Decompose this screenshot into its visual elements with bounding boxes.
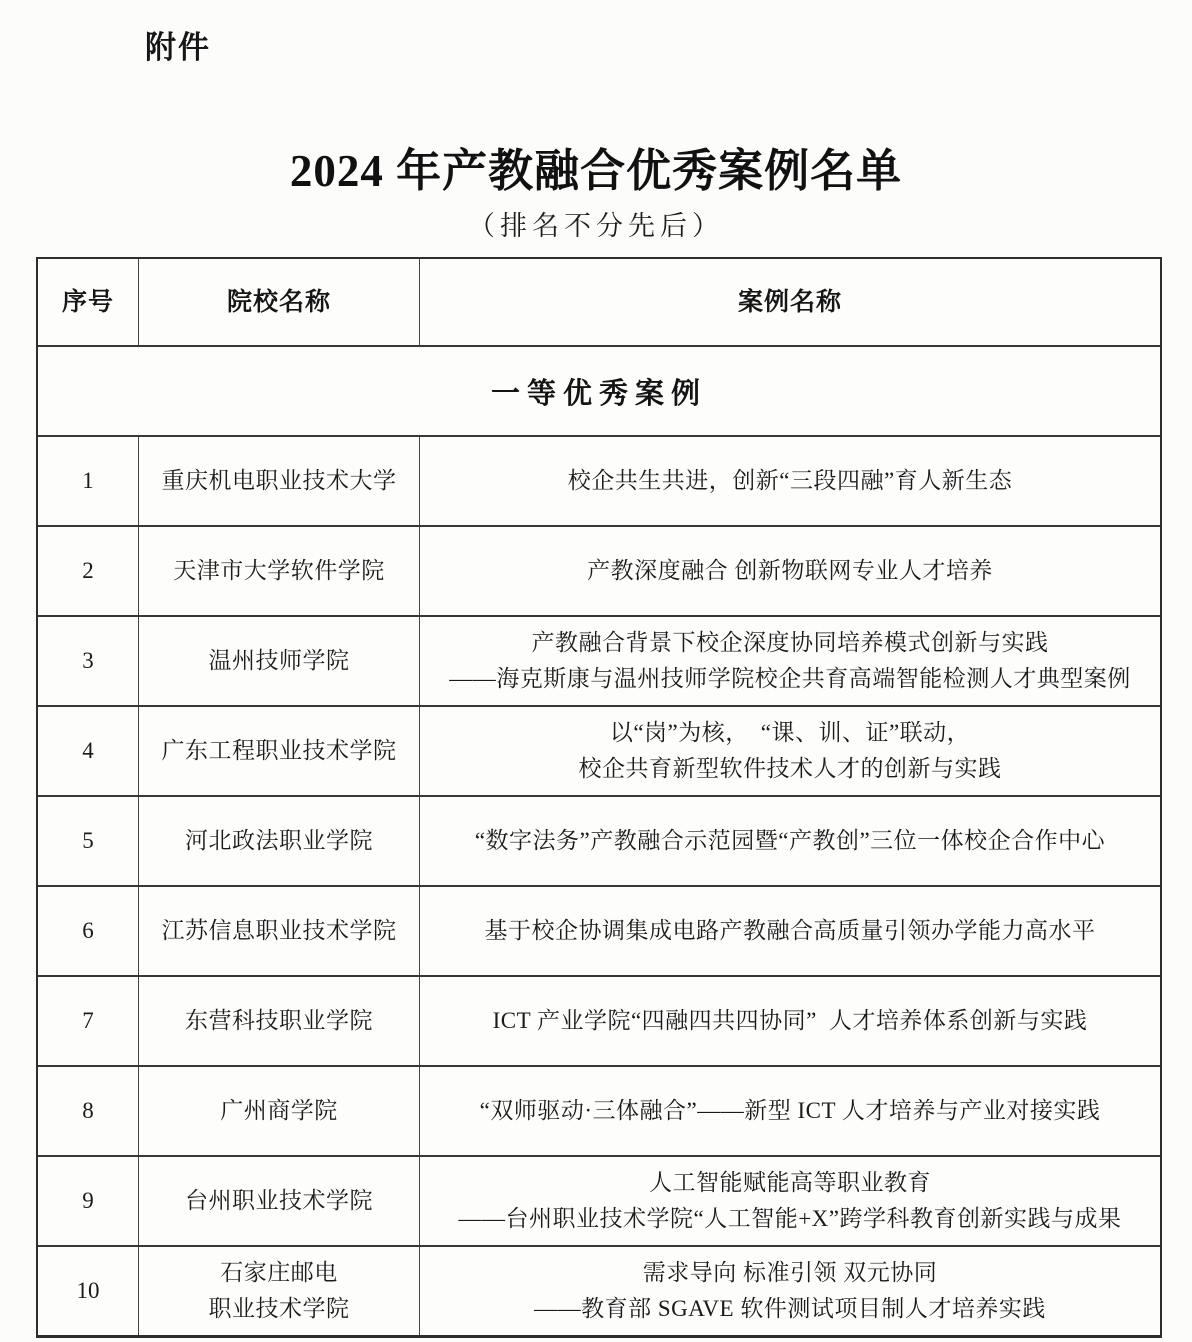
table-row: 7 东营科技职业学院 ICT 产业学院“四融四共四协同” 人才培养体系创新与实践 — [38, 977, 1160, 1067]
row-number-cell: 7 — [38, 977, 139, 1065]
case-cell: 以“岗”为核， “课、训、证”联动， 校企共育新型软件技术人才的创新与实践 — [420, 707, 1160, 795]
cases-table: 序号 院校名称 案例名称 一等优秀案例 1 重庆机电职业技术大学 校企共生共进，… — [36, 257, 1162, 1338]
table-row: 5 河北政法职业学院 “数字法务”产教融合示范园暨“产教创”三位一体校企合作中心 — [38, 797, 1160, 887]
table-row: 4 广东工程职业技术学院 以“岗”为核， “课、训、证”联动， 校企共育新型软件… — [38, 707, 1160, 797]
header-cell-school: 院校名称 — [139, 259, 420, 345]
case-cell: 产教融合背景下校企深度协同培养模式创新与实践 ——海克斯康与温州技师学院校企共育… — [420, 617, 1160, 705]
table-row: 1 重庆机电职业技术大学 校企共生共进，创新“三段四融”育人新生态 — [38, 437, 1160, 527]
section-title: 一等优秀案例 — [38, 347, 1160, 435]
row-number-cell: 6 — [38, 887, 139, 975]
school-cell: 广州商学院 — [139, 1067, 420, 1155]
attachment-label: 附件 — [145, 22, 211, 67]
row-number-cell: 3 — [38, 617, 139, 705]
case-cell: 产教深度融合 创新物联网专业人才培养 — [420, 527, 1160, 615]
case-cell: ICT 产业学院“四融四共四协同” 人才培养体系创新与实践 — [420, 977, 1160, 1065]
school-cell: 台州职业技术学院 — [139, 1157, 420, 1245]
table-row: 10 石家庄邮电 职业技术学院 需求导向 标准引领 双元协同 ——教育部 SGA… — [38, 1247, 1160, 1335]
school-cell: 重庆机电职业技术大学 — [139, 437, 420, 525]
table-row: 9 台州职业技术学院 人工智能赋能高等职业教育 ——台州职业技术学院“人工智能+… — [38, 1157, 1160, 1247]
school-cell: 天津市大学软件学院 — [139, 527, 420, 615]
row-number-cell: 2 — [38, 527, 139, 615]
case-cell: 人工智能赋能高等职业教育 ——台州职业技术学院“人工智能+X”跨学科教育创新实践… — [420, 1157, 1160, 1245]
row-number-cell: 8 — [38, 1067, 139, 1155]
header-cell-case: 案例名称 — [420, 259, 1160, 345]
school-cell: 广东工程职业技术学院 — [139, 707, 420, 795]
school-cell: 东营科技职业学院 — [139, 977, 420, 1065]
case-cell: 需求导向 标准引领 双元协同 ——教育部 SGAVE 软件测试项目制人才培养实践 — [420, 1247, 1160, 1335]
table-row: 3 温州技师学院 产教融合背景下校企深度协同培养模式创新与实践 ——海克斯康与温… — [38, 617, 1160, 707]
document-subtitle: （排名不分先后） — [0, 204, 1192, 243]
school-cell: 石家庄邮电 职业技术学院 — [139, 1247, 420, 1335]
table-header-row: 序号 院校名称 案例名称 — [38, 259, 1160, 347]
header-cell-no: 序号 — [38, 259, 139, 345]
row-number-cell: 4 — [38, 707, 139, 795]
case-cell: 基于校企协调集成电路产教融合高质量引领办学能力高水平 — [420, 887, 1160, 975]
document-title: 2024 年产教融合优秀案例名单 — [0, 134, 1192, 199]
table-row: 2 天津市大学软件学院 产教深度融合 创新物联网专业人才培养 — [38, 527, 1160, 617]
row-number-cell: 10 — [38, 1247, 139, 1335]
school-cell: 江苏信息职业技术学院 — [139, 887, 420, 975]
school-cell: 温州技师学院 — [139, 617, 420, 705]
case-cell: “数字法务”产教融合示范园暨“产教创”三位一体校企合作中心 — [420, 797, 1160, 885]
row-number-cell: 9 — [38, 1157, 139, 1245]
school-cell: 河北政法职业学院 — [139, 797, 420, 885]
table-row: 6 江苏信息职业技术学院 基于校企协调集成电路产教融合高质量引领办学能力高水平 — [38, 887, 1160, 977]
table-row: 8 广州商学院 “双师驱动·三体融合”——新型 ICT 人才培养与产业对接实践 — [38, 1067, 1160, 1157]
case-cell: 校企共生共进，创新“三段四融”育人新生态 — [420, 437, 1160, 525]
section-row: 一等优秀案例 — [38, 347, 1160, 437]
case-cell: “双师驱动·三体融合”——新型 ICT 人才培养与产业对接实践 — [420, 1067, 1160, 1155]
row-number-cell: 1 — [38, 437, 139, 525]
row-number-cell: 5 — [38, 797, 139, 885]
